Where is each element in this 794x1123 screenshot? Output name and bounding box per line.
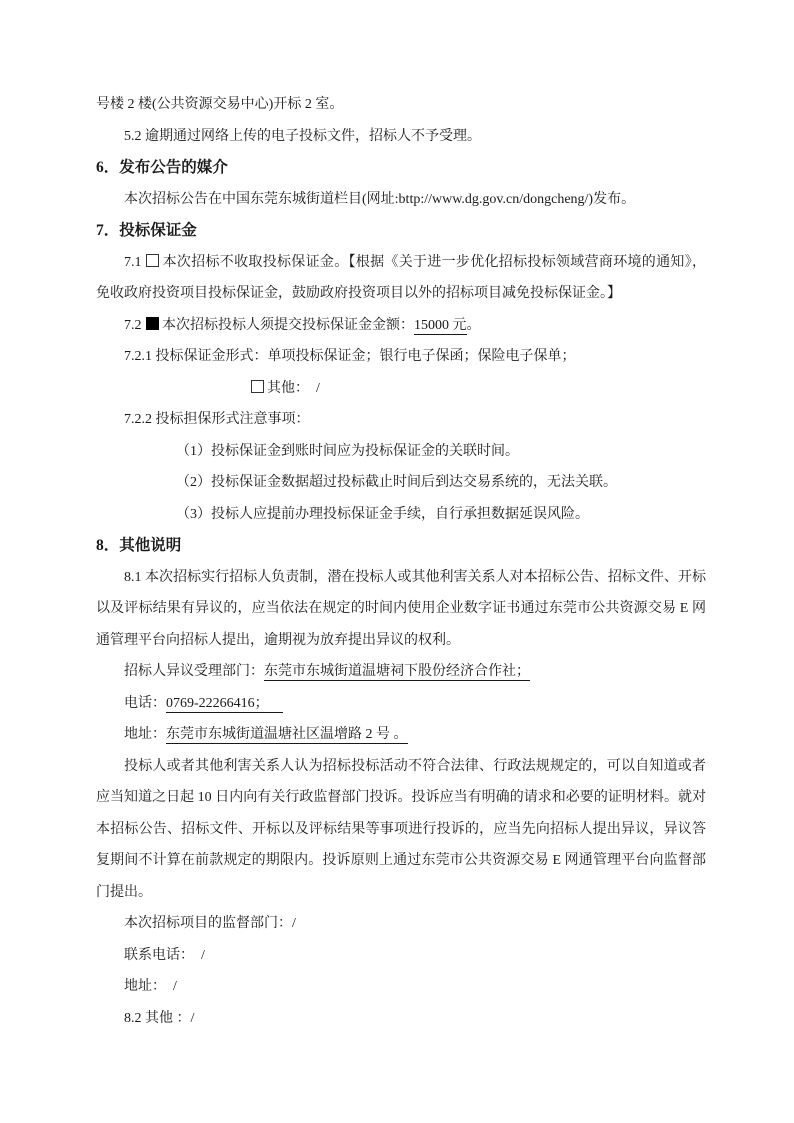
checkbox-bid-bond-required-checked <box>146 317 159 330</box>
checkbox-no-bid-bond-unchecked <box>146 254 159 267</box>
para-contact-phone: 联系电话： / <box>96 940 706 972</box>
para-note-3: （3）投标人应提前办理投标保证金手续，自行承担数据延误风险。 <box>96 499 706 531</box>
heading-section-6-announcement-media: 6．发布公告的媒介 <box>96 152 706 184</box>
objection-department-label: 招标人异议受理部门： <box>124 664 264 679</box>
document-page: 号楼 2 楼(公共资源交易中心)开标 2 室。 5.2 逾期通过网络上传的电子投… <box>0 0 794 1123</box>
para-clause-5-2: 5.2 逾期通过网络上传的电子投标文件，招标人不予受理。 <box>96 121 706 153</box>
clause-7-1-text: 本次招标不收取投标保证金。【根据《关于进一步优化招标投标领域营商环境的通知》，免… <box>96 255 706 302</box>
clause-7-2-period: 。 <box>467 318 481 333</box>
para-objection-department: 招标人异议受理部门：东莞市东城街道温塘祠下股份经济合作社； <box>96 656 706 688</box>
para-supervision-address: 地址： / <box>96 971 706 1003</box>
other-option-label: 其他： / <box>267 381 320 396</box>
objection-phone-value: 0769-22266416； <box>166 696 283 713</box>
para-clause-8-2-other: 8.2 其他 ：/ <box>96 1003 706 1035</box>
heading-section-7-bid-bond: 7．投标保证金 <box>96 215 706 247</box>
para-objection-phone: 电话：0769-22266416； <box>96 688 706 720</box>
para-clause-7-2: 7.2 本次招标投标人须提交投标保证金金额：15000 元。 <box>96 310 706 342</box>
para-announcement-media-body: 本次招标公告在中国东莞东城街道栏目(网址:bttp://www.dg.gov.c… <box>96 184 706 216</box>
para-clause-8-1: 8.1 本次招标实行招标人负责制，潜在投标人或其他利害关系人对本招标公告、招标文… <box>96 562 706 657</box>
para-other-option: 其他： / <box>96 373 706 405</box>
para-clause-7-2-2-guarantee-notes: 7.2.2 投标担保形式注意事项： <box>96 404 706 436</box>
clause-7-2-label: 本次招标投标人须提交投标保证金金额： <box>162 318 414 333</box>
para-clause-7-2-1-bond-forms: 7.2.1 投标保证金形式：单项投标保证金；银行电子保函；保险电子保单； <box>96 341 706 373</box>
objection-phone-label: 电话： <box>124 696 166 711</box>
objection-department-value: 东莞市东城街道温塘祠下股份经济合作社； <box>264 664 530 681</box>
clause-7-2-number: 7.2 <box>124 318 145 333</box>
para-note-2: （2）投标保证金数据超过投标截止时间后到达交易系统的，无法关联。 <box>96 467 706 499</box>
checkbox-other-unchecked <box>251 380 264 393</box>
objection-address-value: 东莞市东城街道温塘社区温增路 2 号 。 <box>166 727 408 744</box>
bid-bond-amount-value: 15000 元 <box>414 318 467 335</box>
heading-section-8-other-notes: 8．其他说明 <box>96 530 706 562</box>
para-supervision-department: 本次招标项目的监督部门：/ <box>96 908 706 940</box>
objection-address-label: 地址： <box>124 727 166 742</box>
para-note-1: （1）投标保证金到账时间应为投标保证金的关联时间。 <box>96 436 706 468</box>
para-objection-address: 地址：东莞市东城街道温塘社区温增路 2 号 。 <box>96 719 706 751</box>
para-opening-room-continuation: 号楼 2 楼(公共资源交易中心)开标 2 室。 <box>96 89 706 121</box>
para-complaint-procedure: 投标人或者其他利害关系人认为招标投标活动不符合法律、行政法规规定的，可以自知道或… <box>96 751 706 909</box>
para-clause-7-1: 7.1 本次招标不收取投标保证金。【根据《关于进一步优化招标投标领域营商环境的通… <box>96 247 706 310</box>
clause-7-1-number: 7.1 <box>124 255 145 270</box>
